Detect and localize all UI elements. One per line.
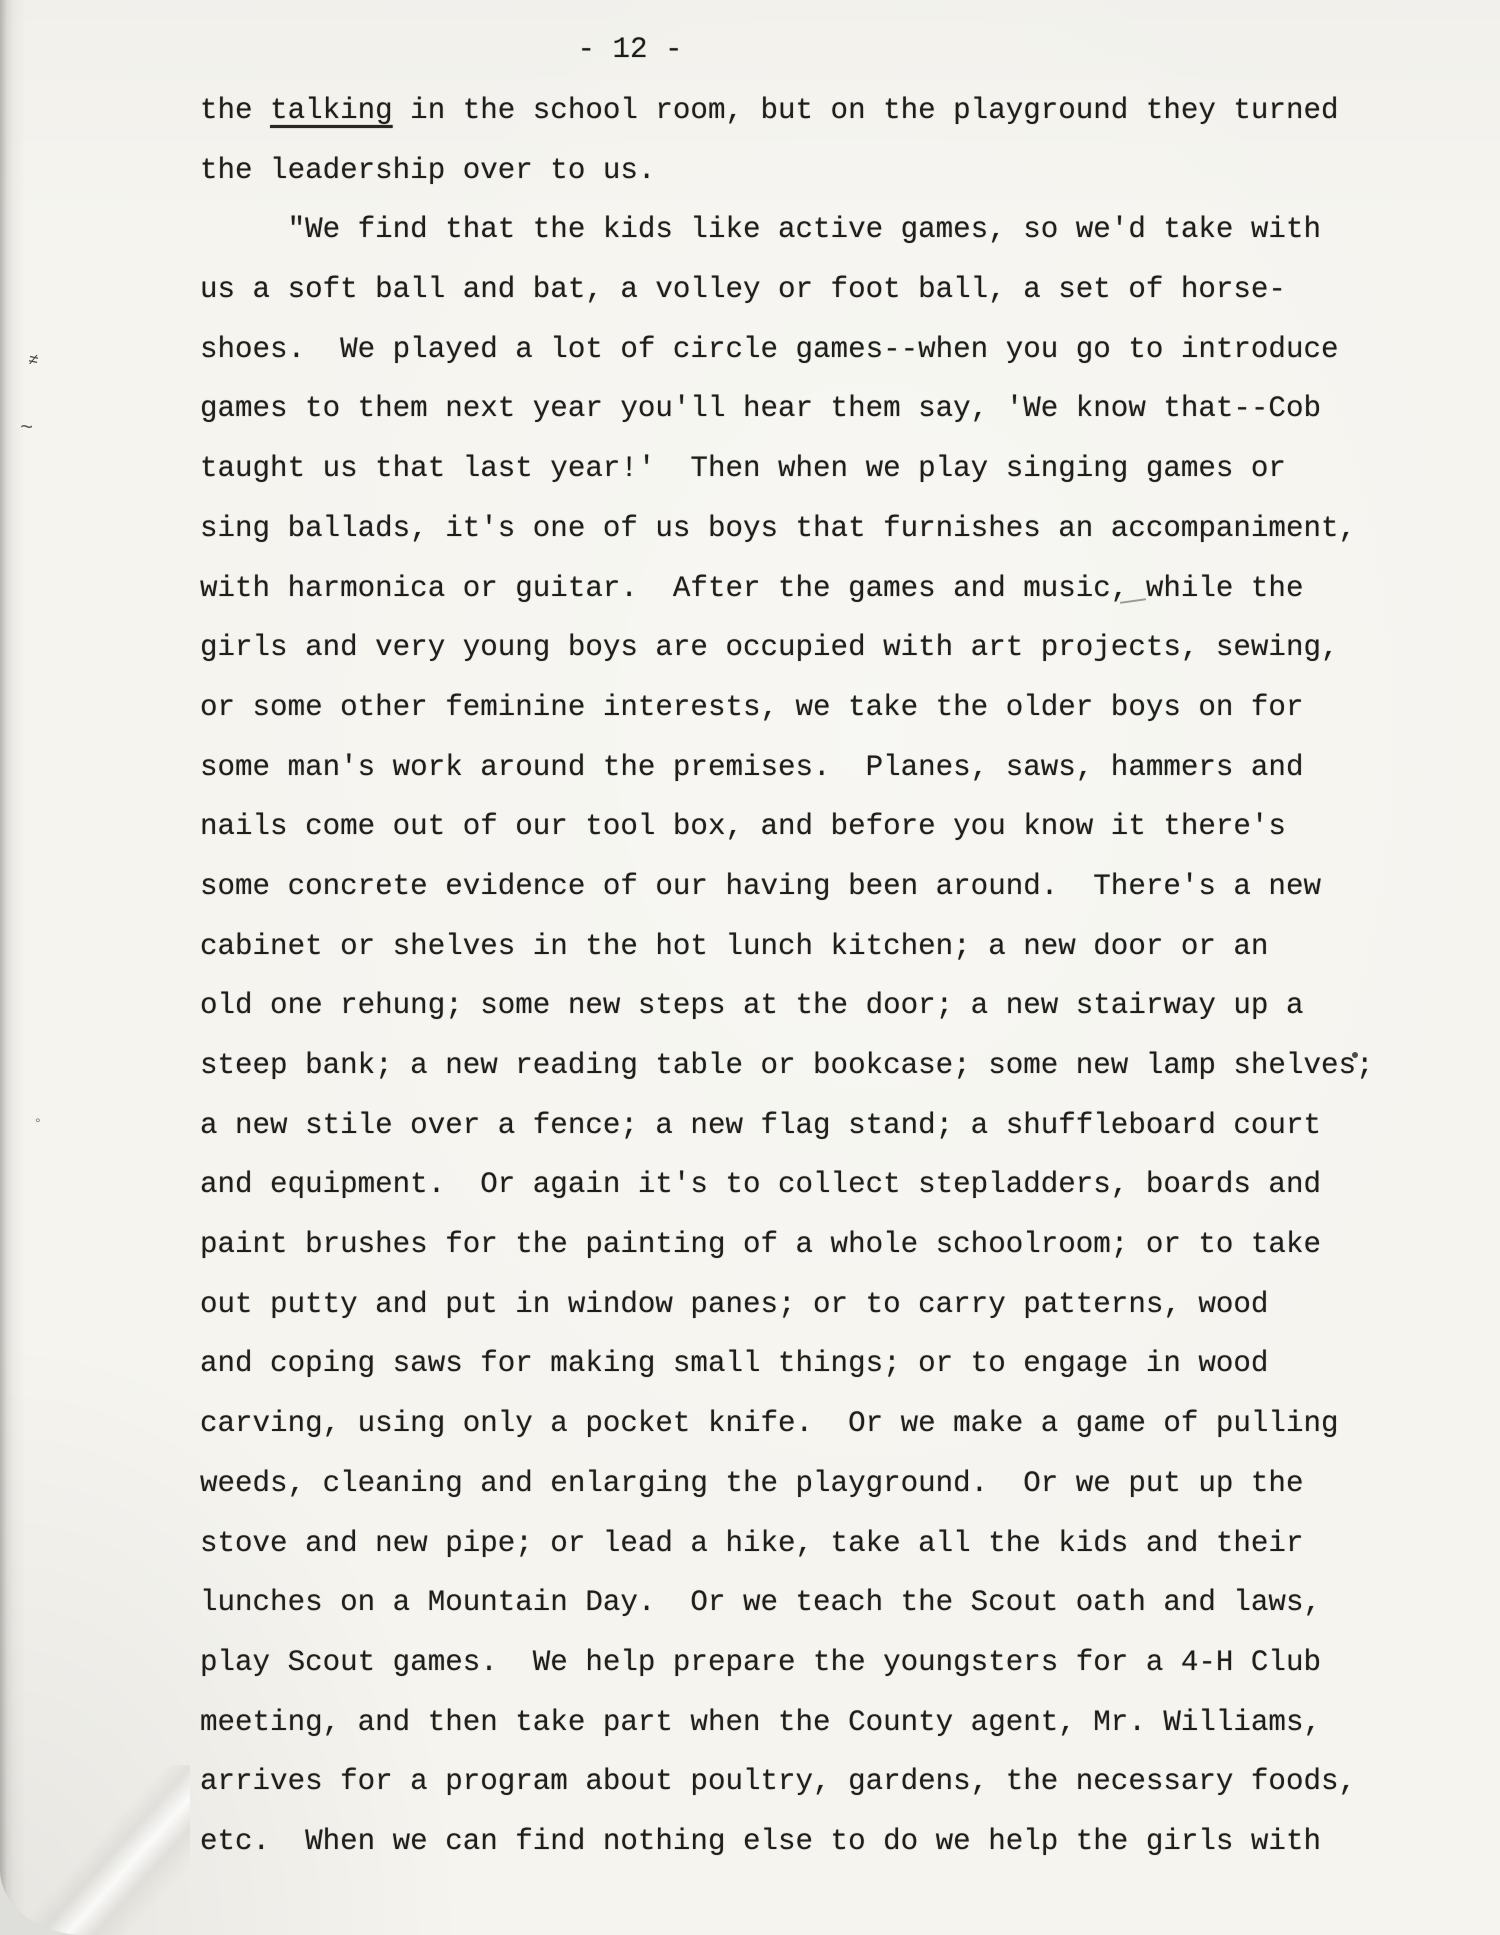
text-line: and equipment. Or again it's to collect … xyxy=(200,1155,1430,1215)
text-line: arrives for a program about poultry, gar… xyxy=(200,1752,1430,1812)
text-line: some concrete evidence of our having bee… xyxy=(200,857,1430,917)
text-line: carving, using only a pocket knife. Or w… xyxy=(200,1394,1430,1454)
text-line: lunches on a Mountain Day. Or we teach t… xyxy=(200,1573,1430,1633)
text-line: stove and new pipe; or lead a hike, take… xyxy=(200,1514,1430,1574)
text-line: sing ballads, it's one of us boys that f… xyxy=(200,499,1430,559)
page-corner-fold xyxy=(0,1765,190,1935)
text-line: games to them next year you'll hear them… xyxy=(200,379,1430,439)
text-line: steep bank; a new reading table or bookc… xyxy=(200,1036,1430,1096)
text-line: us a soft ball and bat, a volley or foot… xyxy=(200,260,1430,320)
page-left-edge-shadow xyxy=(0,0,26,1935)
text-line: weeds, cleaning and enlarging the playgr… xyxy=(200,1454,1430,1514)
text-line: etc. When we can find nothing else to do… xyxy=(200,1812,1430,1872)
scan-artifact: ≠ xyxy=(26,351,40,372)
scanned-document-page: - 12 - the talking in the school room, b… xyxy=(0,0,1500,1935)
text-line: meeting, and then take part when the Cou… xyxy=(200,1693,1430,1753)
underlined-word: talking xyxy=(270,94,393,127)
text-line: a new stile over a fence; a new flag sta… xyxy=(200,1096,1430,1156)
scan-artifact: ° xyxy=(34,1116,42,1131)
text-line: nails come out of our tool box, and befo… xyxy=(200,797,1430,857)
scan-artifact: ~ xyxy=(20,416,33,441)
text-line: shoes. We played a lot of circle games--… xyxy=(200,320,1430,380)
text-line: the talking in the school room, but on t… xyxy=(200,81,1430,141)
text-line: out putty and put in window panes; or to… xyxy=(200,1275,1430,1335)
text-line: with harmonica or guitar. After the game… xyxy=(200,559,1430,619)
text-line: play Scout games. We help prepare the yo… xyxy=(200,1633,1430,1693)
text-line: paint brushes for the painting of a whol… xyxy=(200,1215,1430,1275)
typewritten-body-text: the talking in the school room, but on t… xyxy=(200,81,1430,1872)
page-number: - 12 - xyxy=(540,30,720,70)
text-line: old one rehung; some new steps at the do… xyxy=(200,976,1430,1036)
text-line: and coping saws for making small things;… xyxy=(200,1334,1430,1394)
text-line: girls and very young boys are occupied w… xyxy=(200,618,1430,678)
text-line: taught us that last year!' Then when we … xyxy=(200,439,1430,499)
text-line: the leadership over to us. xyxy=(200,141,1430,201)
text-line: cabinet or shelves in the hot lunch kitc… xyxy=(200,917,1430,977)
text-line: or some other feminine interests, we tak… xyxy=(200,678,1430,738)
text-line: some man's work around the premises. Pla… xyxy=(200,738,1430,798)
text-line: "We find that the kids like active games… xyxy=(200,200,1430,260)
